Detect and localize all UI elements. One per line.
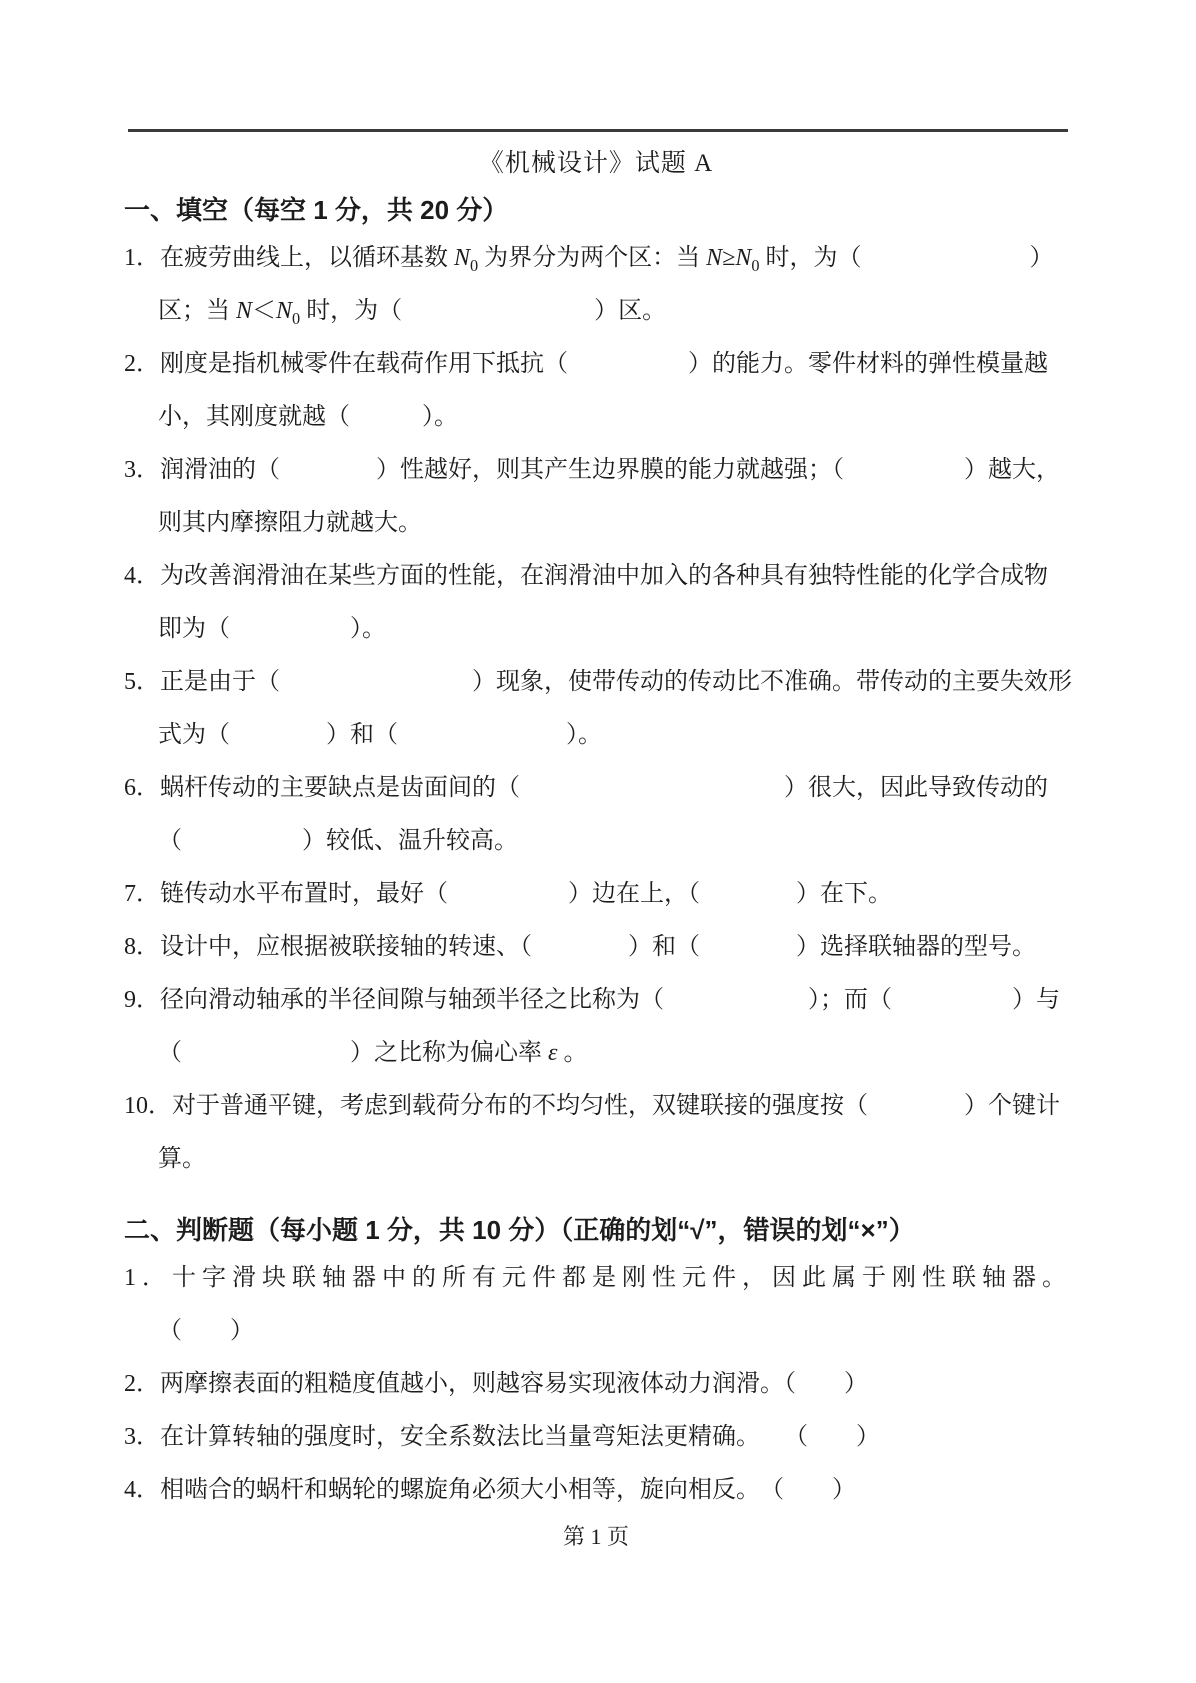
math-variable: N <box>454 245 470 271</box>
math-variable: N <box>276 298 292 324</box>
question: 7．链传动水平布置时，最好（ ）边在上，（ ）在下。 <box>124 868 1144 921</box>
question-number: 5． <box>124 669 160 695</box>
question-line: 5．正是由于（ ）现象，使带传动的传动比不准确。带传动的主要失效形 <box>124 656 1144 709</box>
section-1-heading: 一、填空（每空 1 分，共 20 分） <box>124 188 1124 232</box>
exam-page: 《机械设计》试题 A 一、填空（每空 1 分，共 20 分） 1．在疲劳曲线上，… <box>0 129 1196 1552</box>
question: 3．润滑油的（ ）性越好，则其产生边界膜的能力就越强；（ ）越大，则其内摩擦阻力… <box>124 444 1144 550</box>
question-line: 4．为改善润滑油在某些方面的性能，在润滑油中加入的各种具有独特性能的化学合成物 <box>124 550 1144 603</box>
question: 10．对于普通平键，考虑到载荷分布的不均匀性，双键联接的强度按（ ）个键计算。 <box>124 1080 1144 1186</box>
question-line: 9．径向滑动轴承的半径间隙与轴颈半径之比称为（ ）；而（ ）与 <box>124 974 1144 1027</box>
section-2-questions: 1．十字滑块联轴器中的所有元件都是刚性元件，因此属于刚性联轴器。（ ）2．两摩擦… <box>124 1252 1144 1517</box>
question-number: 7． <box>124 881 160 907</box>
question-line: 10．对于普通平键，考虑到载荷分布的不均匀性，双键联接的强度按（ ）个键计 <box>124 1080 1144 1133</box>
question: 2．两摩擦表面的粗糙度值越小，则越容易实现液体动力润滑。（ ） <box>124 1358 1144 1411</box>
question: 2．刚度是指机械零件在载荷作用下抵抗（ ）的能力。零件材料的弹性模量越小，其刚度… <box>124 338 1144 444</box>
math-variable: N <box>236 298 252 324</box>
page-number: 第 1 页 <box>124 1522 1068 1552</box>
fill-in-blank-section: 一、填空（每空 1 分，共 20 分） 1．在疲劳曲线上，以循环基数 N0 为界… <box>0 188 1196 1186</box>
question-number: 8． <box>124 934 160 960</box>
question-number: 1． <box>124 1265 172 1291</box>
question-number: 10． <box>124 1093 172 1119</box>
question-number: 9． <box>124 987 160 1013</box>
question-line: 3．在计算转轴的强度时，安全系数法比当量弯矩法更精确。 （ ） <box>124 1411 1144 1464</box>
question: 5．正是由于（ ）现象，使带传动的传动比不准确。带传动的主要失效形式为（ ）和（… <box>124 656 1144 762</box>
question-line: 算。 <box>124 1133 1144 1186</box>
question-line: 2．两摩擦表面的粗糙度值越小，则越容易实现液体动力润滑。（ ） <box>124 1358 1144 1411</box>
question-line: 1．十字滑块联轴器中的所有元件都是刚性元件，因此属于刚性联轴器。 <box>124 1252 1144 1305</box>
math-variable: ε <box>548 1040 557 1066</box>
question-line: 小，其刚度就越（ ）。 <box>124 391 1144 444</box>
question-number: 6． <box>124 775 160 801</box>
question-number: 2． <box>124 351 160 377</box>
section-1-questions: 1．在疲劳曲线上，以循环基数 N0 为界分为两个区：当 N≥N0 时，为（ ）区… <box>124 232 1144 1186</box>
question-number: 1． <box>124 245 160 271</box>
question-line: 6．蜗杆传动的主要缺点是齿面间的（ ）很大，因此导致传动的 <box>124 762 1144 815</box>
question-number: 2． <box>124 1371 160 1397</box>
question-line: 即为（ ）。 <box>124 603 1144 656</box>
question-number: 4． <box>124 563 160 589</box>
question-line: （ ）较低、温升较高。 <box>124 815 1144 868</box>
question-line: 1．在疲劳曲线上，以循环基数 N0 为界分为两个区：当 N≥N0 时，为（ ） <box>124 232 1144 285</box>
question-line: （ ） <box>124 1305 1144 1358</box>
question-line: 4．相啮合的蜗杆和蜗轮的螺旋角必须大小相等，旋向相反。 （ ） <box>124 1464 1144 1517</box>
math-variable: N <box>706 245 722 271</box>
page-title: 《机械设计》试题 A <box>124 143 1068 185</box>
math-subscript: 0 <box>292 309 300 328</box>
question-number: 4． <box>124 1477 160 1503</box>
question-number: 3． <box>124 1424 160 1450</box>
question: 6．蜗杆传动的主要缺点是齿面间的（ ）很大，因此导致传动的（ ）较低、温升较高。 <box>124 762 1144 868</box>
question: 8．设计中，应根据被联接轴的转速、（ ）和（ ）选择联轴器的型号。 <box>124 921 1144 974</box>
question-line: 区；当 N＜N0 时，为（ ）区。 <box>124 285 1144 338</box>
math-subscript: 0 <box>751 256 759 275</box>
question: 3．在计算转轴的强度时，安全系数法比当量弯矩法更精确。 （ ） <box>124 1411 1144 1464</box>
question: 4．为改善润滑油在某些方面的性能，在润滑油中加入的各种具有独特性能的化学合成物即… <box>124 550 1144 656</box>
header-rule <box>128 129 1068 132</box>
question-line: 8．设计中，应根据被联接轴的转速、（ ）和（ ）选择联轴器的型号。 <box>124 921 1144 974</box>
question-line: 2．刚度是指机械零件在载荷作用下抵抗（ ）的能力。零件材料的弹性模量越 <box>124 338 1144 391</box>
section-2-heading: 二、判断题（每小题 1 分，共 10 分）（正确的划“√”，错误的划“×”） <box>124 1208 1124 1252</box>
true-false-section: 二、判断题（每小题 1 分，共 10 分）（正确的划“√”，错误的划“×”） 1… <box>0 1208 1196 1517</box>
question-line: 3．润滑油的（ ）性越好，则其产生边界膜的能力就越强；（ ）越大， <box>124 444 1144 497</box>
question-line: 式为（ ）和（ ）。 <box>124 709 1144 762</box>
question-line: 则其内摩擦阻力就越大。 <box>124 497 1144 550</box>
math-variable: N <box>735 245 751 271</box>
question: 1．十字滑块联轴器中的所有元件都是刚性元件，因此属于刚性联轴器。（ ） <box>124 1252 1144 1358</box>
question-number: 3． <box>124 457 160 483</box>
question: 4．相啮合的蜗杆和蜗轮的螺旋角必须大小相等，旋向相反。 （ ） <box>124 1464 1144 1517</box>
question: 9．径向滑动轴承的半径间隙与轴颈半径之比称为（ ）；而（ ）与（ ）之比称为偏心… <box>124 974 1144 1080</box>
question-line: （ ）之比称为偏心率 ε 。 <box>124 1027 1144 1080</box>
math-subscript: 0 <box>470 256 478 275</box>
question: 1．在疲劳曲线上，以循环基数 N0 为界分为两个区：当 N≥N0 时，为（ ）区… <box>124 232 1144 338</box>
question-line: 7．链传动水平布置时，最好（ ）边在上，（ ）在下。 <box>124 868 1144 921</box>
